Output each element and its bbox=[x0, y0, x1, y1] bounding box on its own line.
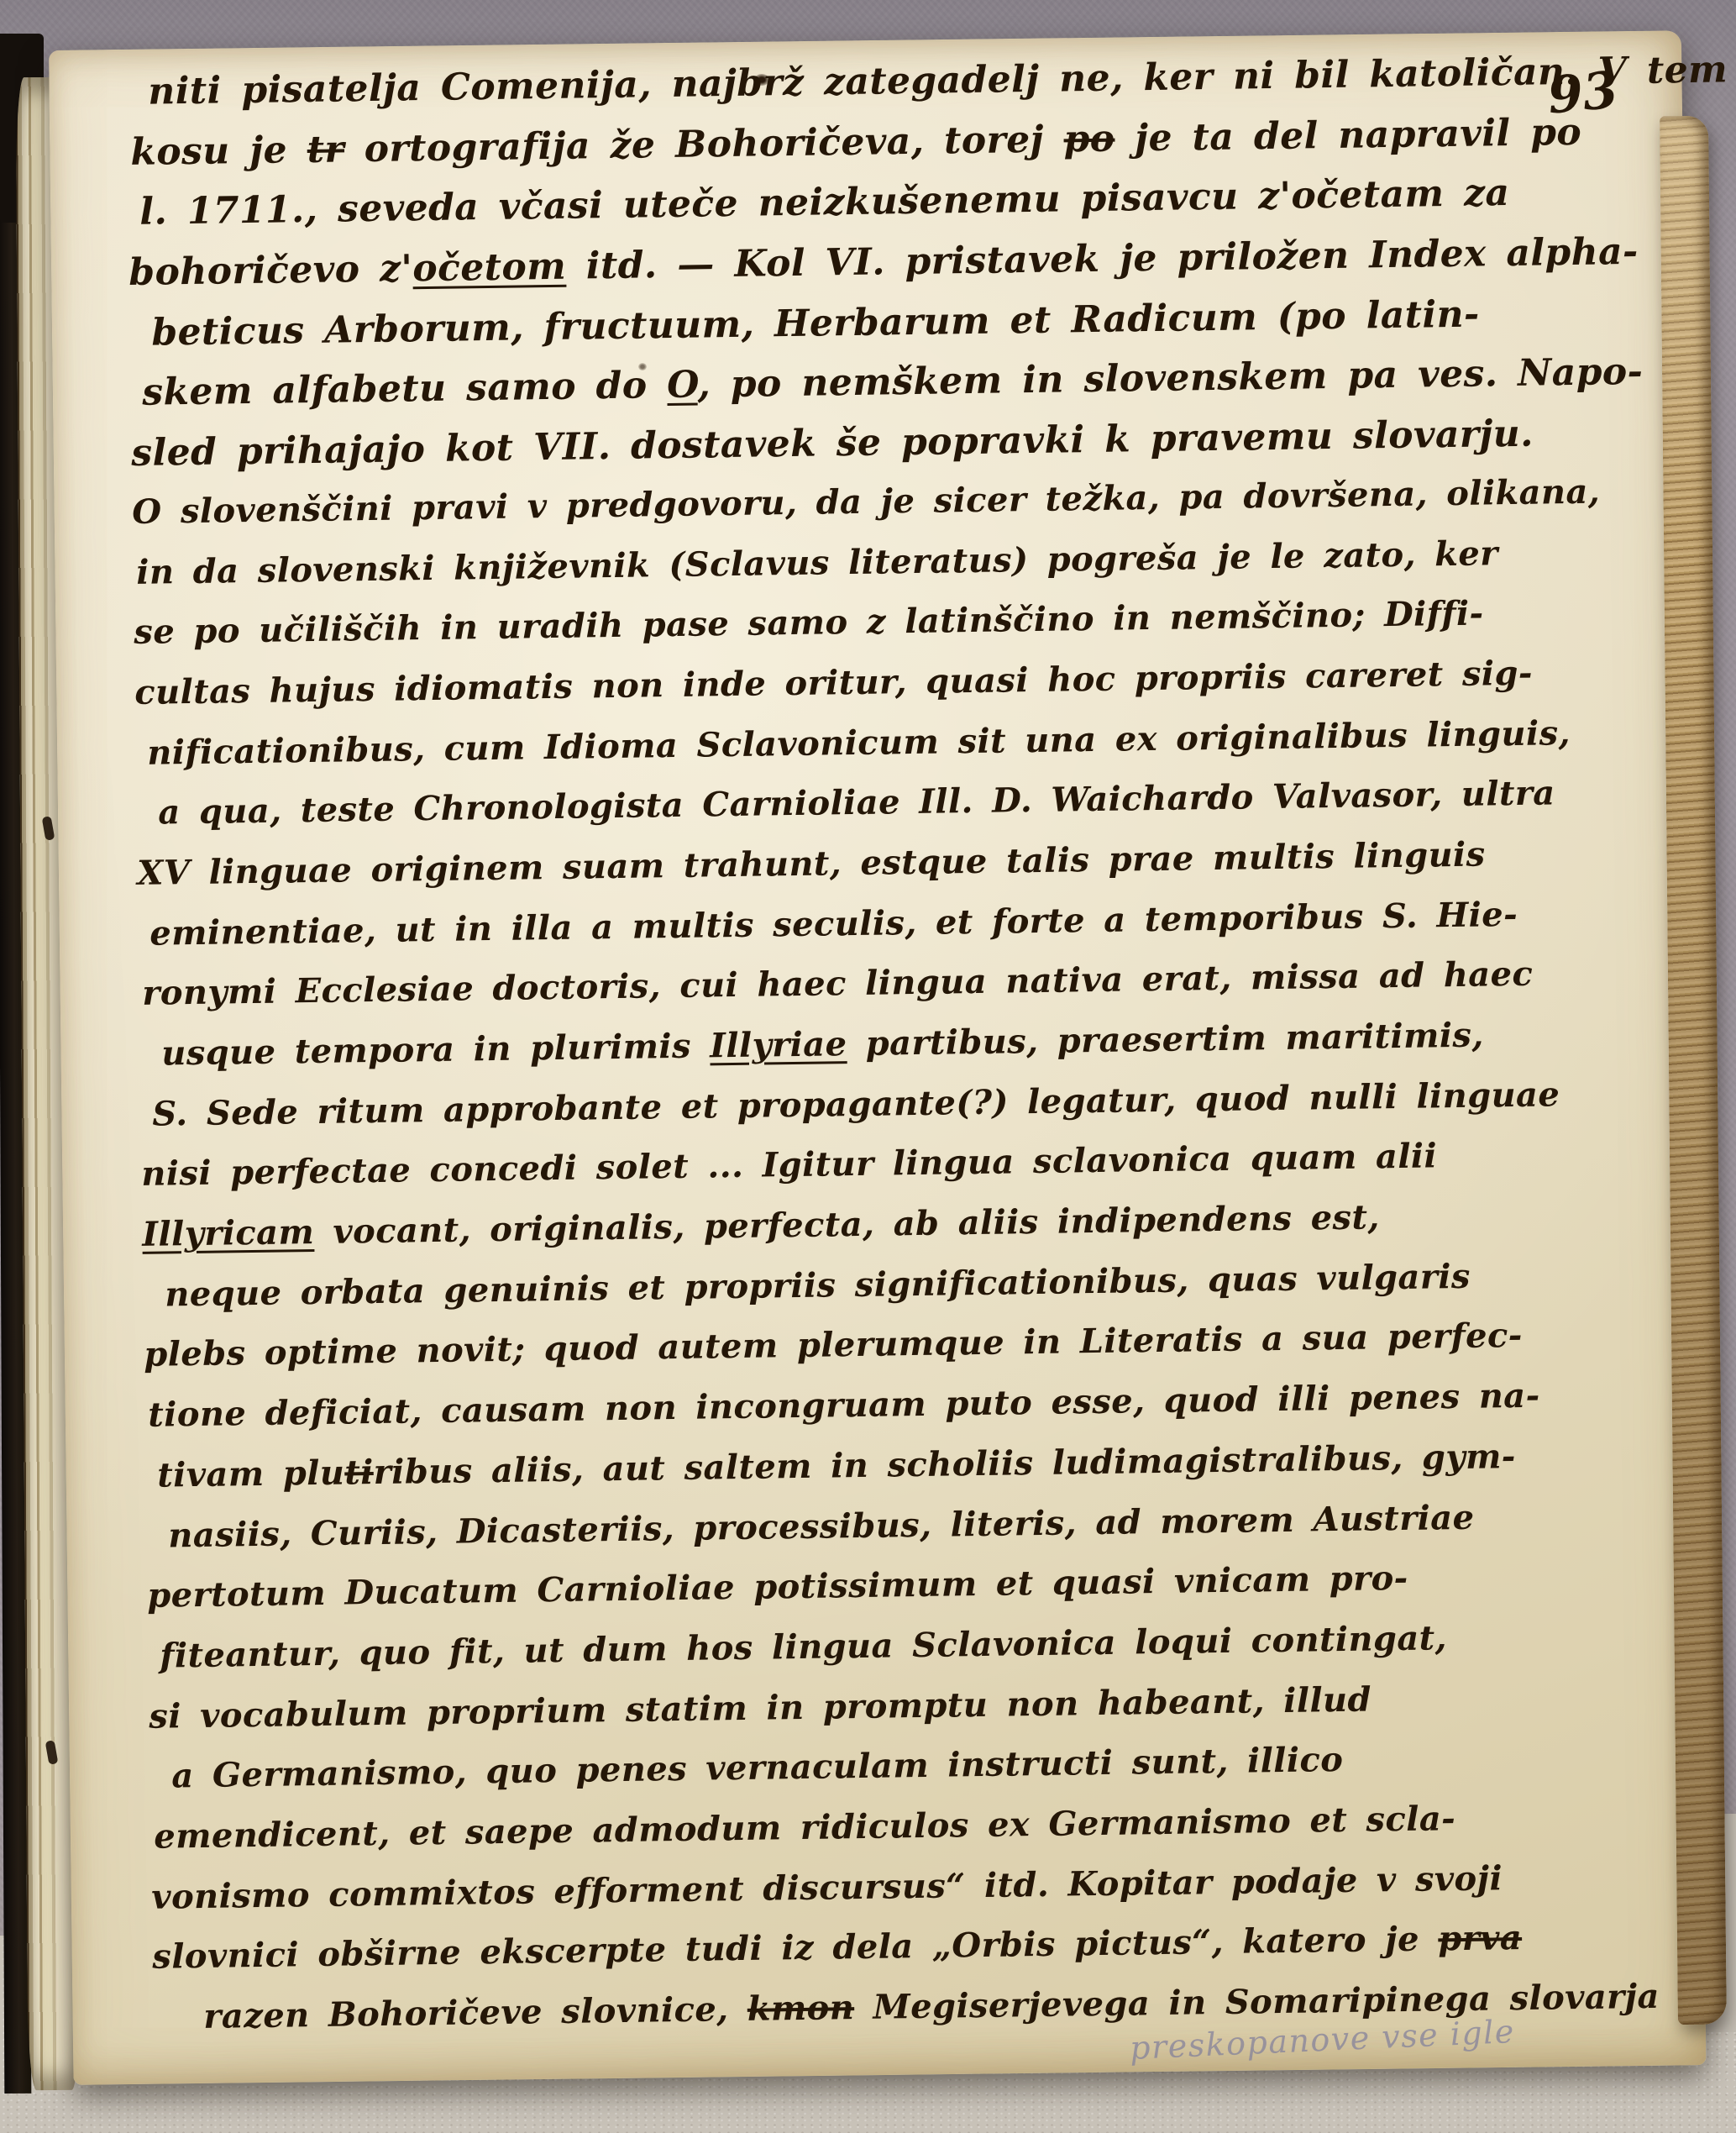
manuscript-segment: tr bbox=[307, 128, 344, 171]
manuscript-segment: je ta del napravil po bbox=[1115, 110, 1581, 160]
manuscript-segment: kosu je bbox=[130, 129, 307, 174]
manuscript-segment: usque tempora in plurimis bbox=[161, 1026, 711, 1073]
photo-of-manuscript: 93 niti pisatelja Comenija, najbrž zateg… bbox=[0, 0, 1736, 2133]
manuscript-segment: O bbox=[667, 364, 698, 407]
manuscript-segment: kmon bbox=[747, 1988, 854, 2029]
manuscript-segment: partibus, praesertim maritimis, bbox=[847, 1016, 1484, 1064]
manuscript-segment: prva bbox=[1438, 1918, 1522, 1958]
manuscript-segment: bohoričevo z' bbox=[128, 247, 413, 294]
manuscript-segment: ti bbox=[344, 1453, 374, 1492]
manuscript-segment: skem alfabetu samo do bbox=[142, 364, 668, 414]
manuscript-segment: ortografija že Bohoričeva, torej bbox=[344, 118, 1064, 171]
manuscript-segment: tivam plu bbox=[157, 1453, 345, 1495]
manuscript-segment: očetom bbox=[412, 245, 566, 291]
manuscript-text: niti pisatelja Comenija, najbrž zategade… bbox=[126, 50, 1674, 2058]
manuscript-segment: razen Bohoričeve slovnice, bbox=[203, 1989, 747, 2036]
manuscript-segment: Illyriae bbox=[710, 1024, 847, 1065]
manuscript-segment: Illyricam bbox=[142, 1212, 314, 1254]
manuscript-segment: po bbox=[1063, 117, 1115, 160]
